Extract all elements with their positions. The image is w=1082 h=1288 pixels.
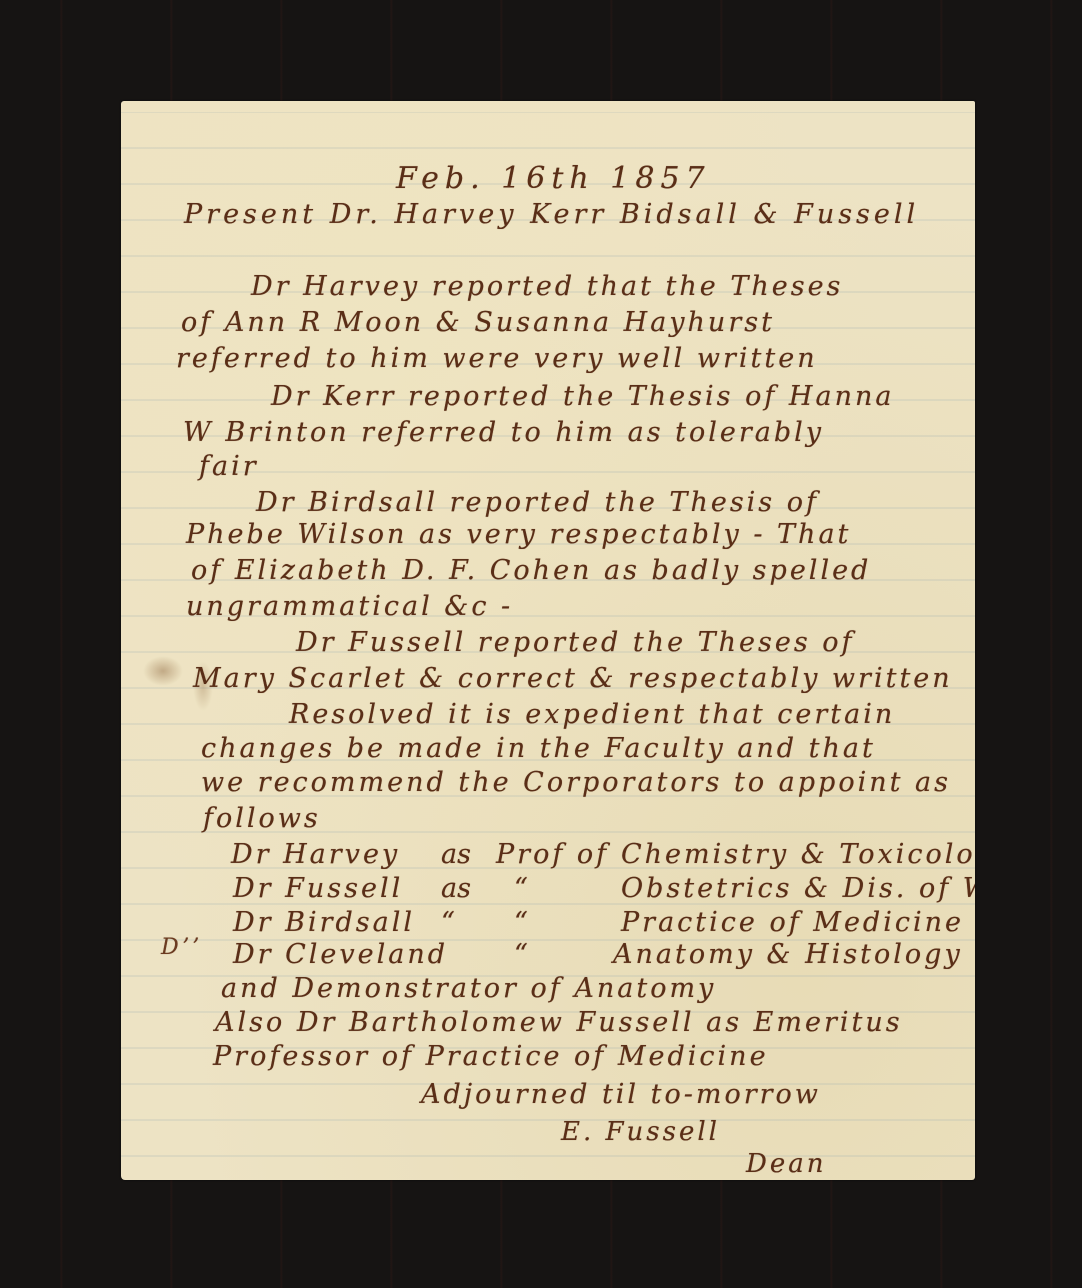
- appointment-as: “: [514, 941, 528, 968]
- signature-title: Dean: [746, 1151, 826, 1177]
- minutes-line: ungrammatical &c -: [186, 593, 513, 620]
- minutes-line: fair: [199, 453, 259, 480]
- appointment-name: Dr Cleveland: [233, 941, 448, 968]
- closing-line: and Demonstrator of Anatomy: [221, 975, 716, 1002]
- manuscript-page: Feb. 16th 1857 Present Dr. Harvey Kerr B…: [121, 101, 975, 1180]
- appointment-subject: Practice of Medicine: [621, 909, 964, 936]
- document-date: Feb. 16th 1857: [396, 164, 711, 194]
- minutes-line: of Ann R Moon & Susanna Hayhurst: [181, 309, 775, 336]
- minutes-line: changes be made in the Faculty and that: [201, 735, 876, 762]
- ink-stain: [143, 656, 183, 686]
- minutes-line: Dr Harvey reported that the Theses: [251, 273, 843, 300]
- minutes-line: Phebe Wilson as very respectably - That: [186, 521, 851, 548]
- closing-line: Professor of Practice of Medicine: [213, 1043, 769, 1070]
- appointment-as: as: [441, 841, 471, 868]
- appointment-subject: Chemistry & Toxicology: [621, 841, 975, 868]
- signature-name: E. Fussell: [561, 1119, 720, 1145]
- appointment-name: Dr Harvey: [231, 841, 400, 868]
- appointment-as: as: [441, 875, 471, 902]
- minutes-line: Resolved it is expedient that certain: [289, 701, 895, 728]
- minutes-line: of Elizabeth D. F. Cohen as badly spelle…: [191, 557, 871, 584]
- appointment-prof: “: [514, 909, 528, 936]
- minutes-line: Dr Birdsall reported the Thesis of: [256, 489, 819, 516]
- minutes-line: Mary Scarlet & correct & respectably wri…: [193, 665, 953, 692]
- appointment-name: Dr Fussell: [233, 875, 403, 902]
- minutes-line: referred to him were very well written: [176, 345, 818, 372]
- appointment-subject: Anatomy & Histology: [613, 941, 963, 968]
- closing-line: Also Dr Bartholomew Fussell as Emeritus: [215, 1009, 903, 1036]
- margin-annotation: Dʼʼ: [161, 937, 202, 959]
- minutes-line: follows: [203, 805, 321, 832]
- appointment-prof: Prof of: [496, 841, 609, 868]
- appointment-name: Dr Birdsall: [233, 909, 415, 936]
- minutes-line: we recommend the Corporators to appoint …: [201, 769, 951, 796]
- appointment-prof: “: [514, 875, 528, 902]
- appointment-subject: Obstetrics & Dis. of W&C.: [621, 875, 975, 902]
- minutes-line: Dr Kerr reported the Thesis of Hanna: [271, 383, 894, 410]
- adjournment-line: Adjourned til to-morrow: [421, 1081, 821, 1108]
- attendance-line: Present Dr. Harvey Kerr Bidsall & Fussel…: [184, 201, 919, 228]
- appointment-as: “: [441, 909, 455, 936]
- minutes-line: W Brinton referred to him as tolerably: [183, 419, 824, 446]
- minutes-line: Dr Fussell reported the Theses of: [296, 629, 855, 656]
